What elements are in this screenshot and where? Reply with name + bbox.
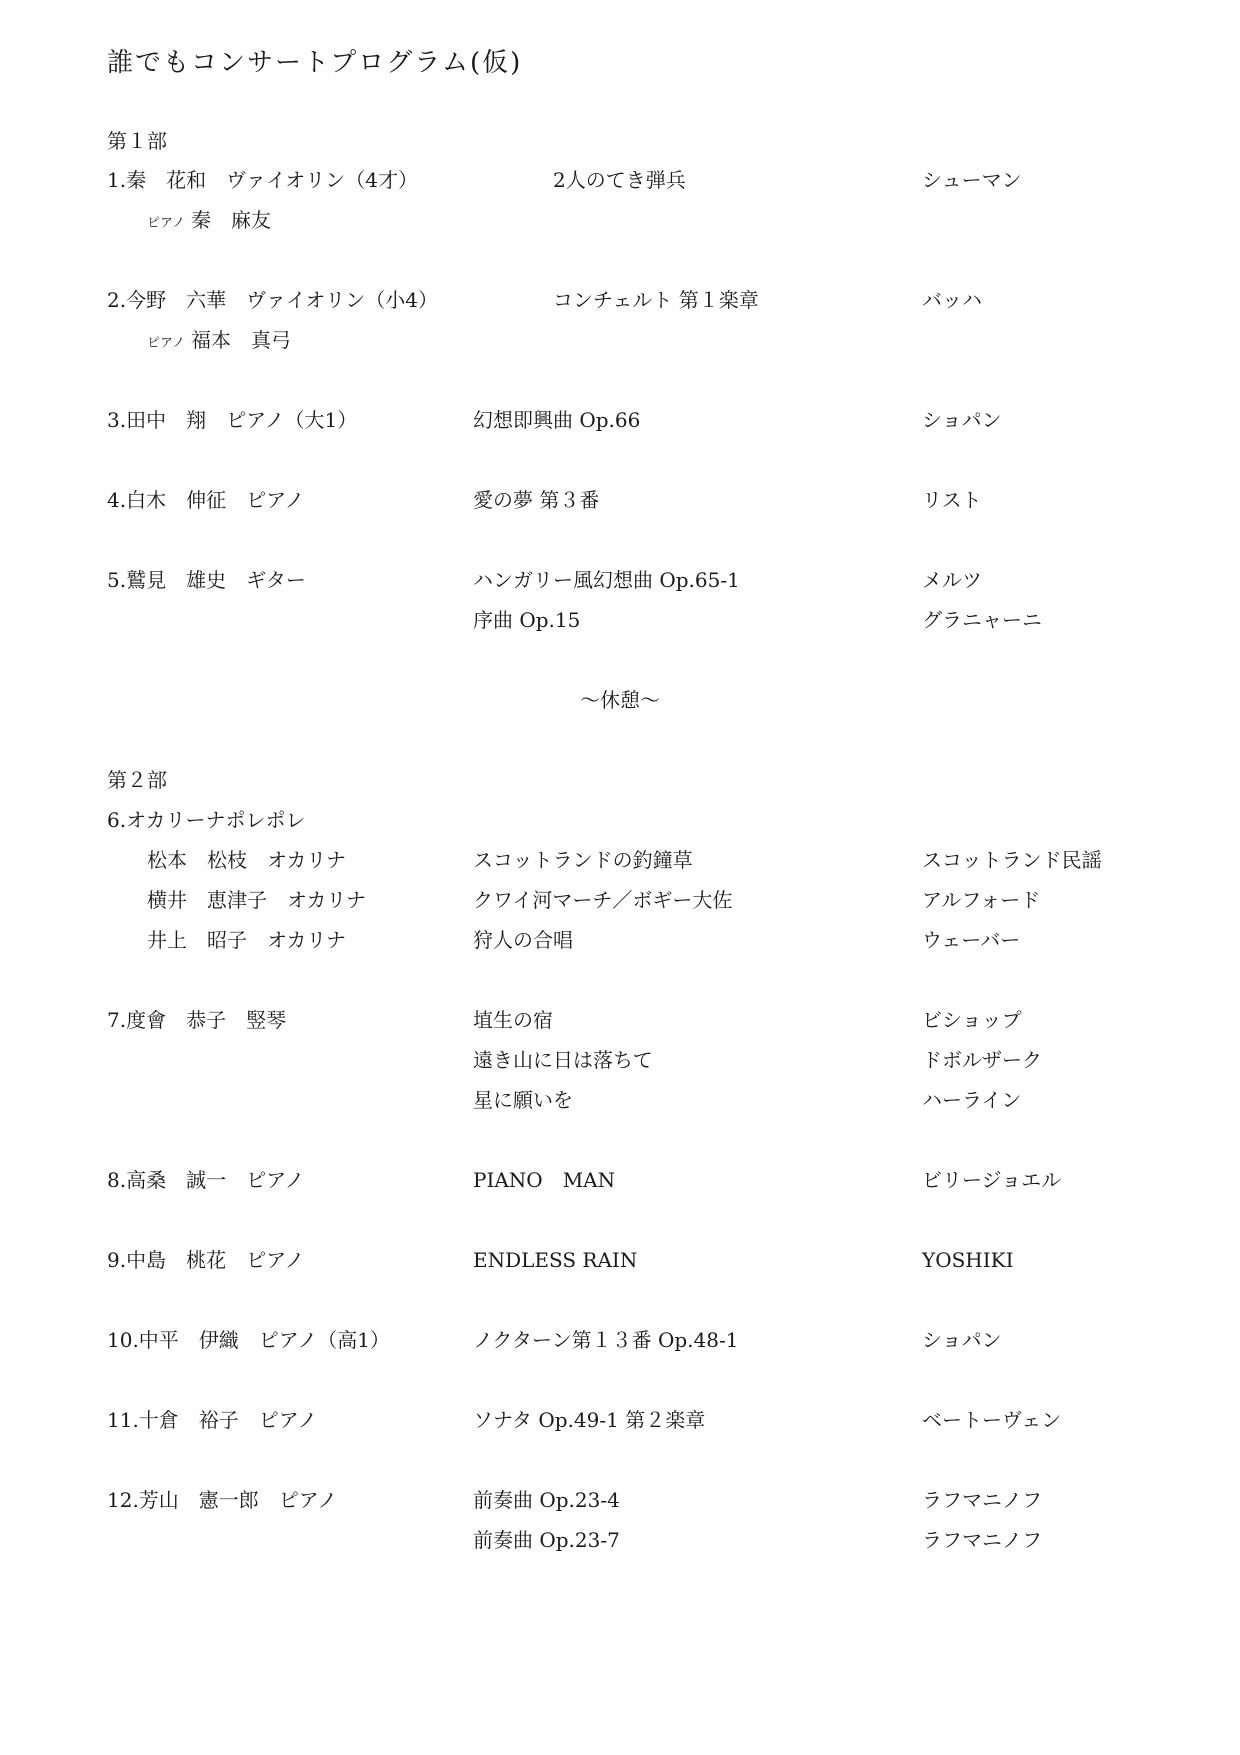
piece-title: ノクターン第１３番 Op.48-1 (473, 1325, 738, 1355)
member-name: 松本 松枝 オカリナ (147, 845, 346, 875)
performer: 7.度會 恭子 竪琴 (107, 1005, 286, 1035)
composer: メルツ (922, 565, 982, 595)
accompanist-row: ピアノ福本 真弓 (147, 325, 291, 355)
piece-title: 2人のてき弾兵 (553, 165, 686, 195)
composer: グラニャーニ (922, 605, 1042, 635)
composer: シューマン (922, 165, 1022, 195)
composer: ビショップ (922, 1005, 1022, 1035)
part-heading: 第１部 (107, 126, 167, 156)
composer: ショパン (922, 405, 1002, 435)
piece-title: クワイ河マーチ／ボギー大佐 (473, 885, 732, 915)
piece-title: コンチェルト 第１楽章 (553, 285, 759, 315)
piece-title: 狩人の合唱 (473, 925, 573, 955)
composer: バッハ (922, 285, 982, 315)
accompanist: 福本 真弓 (191, 328, 291, 352)
composer: ハーライン (922, 1085, 1021, 1115)
composer: ベートーヴェン (922, 1405, 1061, 1435)
accompanist: 秦 麻友 (191, 208, 271, 232)
composer: リスト (922, 485, 982, 515)
composer: アルフォード (922, 885, 1040, 915)
accompanist-label: ピアノ (147, 216, 185, 231)
piece-title: ハンガリー風幻想曲 Op.65-1 (473, 565, 740, 595)
piece-title: 埴生の宿 (473, 1005, 553, 1035)
member-name: 井上 昭子 オカリナ (147, 925, 346, 955)
composer: ビリージョエル (922, 1165, 1061, 1195)
accompanist-label: ピアノ (147, 336, 185, 351)
member-name: 横井 恵津子 オカリナ (147, 885, 366, 915)
performer: 2.今野 六華 ヴァイオリン（小4） (107, 285, 438, 315)
program-page: 誰でもコンサートプログラム(仮) 第１部 1.秦 花和 ヴァイオリン（4才） 2… (0, 0, 1240, 1755)
performer: 11.十倉 裕子 ピアノ (107, 1405, 317, 1435)
document-title: 誰でもコンサートプログラム(仮) (107, 42, 522, 79)
piece-title: PIANO MAN (473, 1165, 615, 1195)
performer: 1.秦 花和 ヴァイオリン（4才） (107, 165, 418, 195)
composer: ドボルザーク (922, 1045, 1042, 1075)
composer: ウェーバー (922, 925, 1020, 955)
performer: 10.中平 伊織 ピアノ（高1） (107, 1325, 390, 1355)
performer: 8.高桑 誠一 ピアノ (107, 1165, 304, 1195)
piece-title: 星に願いを (473, 1085, 573, 1115)
piece-title: 遠き山に日は落ちて (473, 1045, 653, 1075)
performer: 3.田中 翔 ピアノ（大1） (107, 405, 357, 435)
piece-title: 前奏曲 Op.23-4 (473, 1485, 620, 1515)
piece-title: 愛の夢 第３番 (473, 485, 599, 515)
piece-title: 序曲 Op.15 (473, 605, 580, 635)
performer: 9.中島 桃花 ピアノ (107, 1245, 304, 1275)
performer: 12.芳山 憲一郎 ピアノ (107, 1485, 337, 1515)
composer: ラフマニノフ (922, 1525, 1042, 1555)
performer: 6.オカリーナポレポレ (107, 805, 305, 835)
accompanist-row: ピアノ秦 麻友 (147, 205, 271, 235)
composer: ラフマニノフ (922, 1485, 1042, 1515)
performer: 5.鷲見 雄史 ギター (107, 565, 306, 595)
piece-title: 前奏曲 Op.23-7 (473, 1525, 620, 1555)
composer: YOSHIKI (922, 1245, 1013, 1275)
part-heading: 第２部 (107, 765, 167, 795)
composer: スコットランド民謡 (922, 845, 1102, 875)
intermission: ～休憩～ (0, 685, 1240, 715)
piece-title: ソナタ Op.49-1 第２楽章 (473, 1405, 705, 1435)
piece-title: 幻想即興曲 Op.66 (473, 405, 640, 435)
piece-title: ENDLESS RAIN (473, 1245, 637, 1275)
performer: 4.白木 伸征 ピアノ (107, 485, 304, 515)
composer: ショパン (922, 1325, 1002, 1355)
piece-title: スコットランドの釣鐘草 (473, 845, 693, 875)
